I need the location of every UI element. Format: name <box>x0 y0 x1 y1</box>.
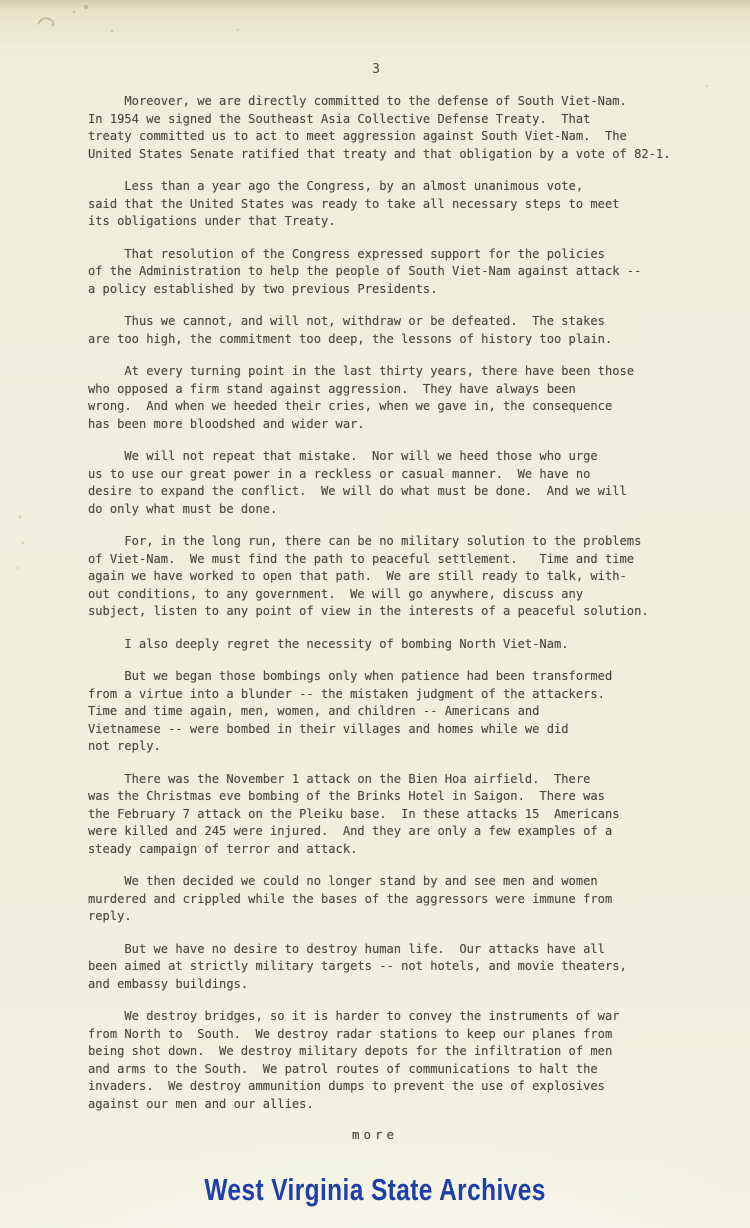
paragraph: Moreover, we are directly committed to t… <box>88 93 688 163</box>
text-line: subject, listen to any point of view in … <box>88 603 688 621</box>
text-line: At every turning point in the last thirt… <box>88 363 688 381</box>
text-line: Thus we cannot, and will not, withdraw o… <box>88 313 688 331</box>
text-line: We then decided we could no longer stand… <box>88 873 688 891</box>
text-line: treaty committed us to act to meet aggre… <box>88 128 688 146</box>
paragraph: For, in the long run, there can be no mi… <box>88 533 688 621</box>
paragraph: I also deeply regret the necessity of bo… <box>88 636 688 654</box>
text-line: But we have no desire to destroy human l… <box>88 941 688 959</box>
text-line: wrong. And when we heeded their cries, w… <box>88 398 688 416</box>
text-line: out conditions, to any government. We wi… <box>88 586 688 604</box>
text-line: and embassy buildings. <box>88 976 688 994</box>
text-line: For, in the long run, there can be no mi… <box>88 533 688 551</box>
text-line: from North to South. We destroy radar st… <box>88 1026 688 1044</box>
text-line: But we began those bombings only when pa… <box>88 668 688 686</box>
paragraph: That resolution of the Congress expresse… <box>88 246 688 299</box>
text-line: being shot down. We destroy military dep… <box>88 1043 688 1061</box>
text-line: do only what must be done. <box>88 501 688 519</box>
text-line: us to use our great power in a reckless … <box>88 466 688 484</box>
text-line: was the Christmas eve bombing of the Bri… <box>88 788 688 806</box>
paragraph: Less than a year ago the Congress, by an… <box>88 178 688 231</box>
text-line: the February 7 attack on the Pleiku base… <box>88 806 688 824</box>
text-line: Vietnamese -- were bombed in their villa… <box>88 721 688 739</box>
text-line: again we have worked to open that path. … <box>88 568 688 586</box>
text-line: not reply. <box>88 738 688 756</box>
text-line: There was the November 1 attack on the B… <box>88 771 688 789</box>
text-line: its obligations under that Treaty. <box>88 213 688 231</box>
page-number: 3 <box>3 62 750 77</box>
paragraph: There was the November 1 attack on the B… <box>88 771 688 859</box>
paragraph: But we have no desire to destroy human l… <box>88 941 688 994</box>
text-line: has been more bloodshed and wider war. <box>88 416 688 434</box>
text-line: of the Administration to help the people… <box>88 263 688 281</box>
text-line: against our men and our allies. <box>88 1096 688 1114</box>
archive-credit-text: West Virginia State Archives <box>204 1171 545 1209</box>
text-line: from a virtue into a blunder -- the mist… <box>88 686 688 704</box>
text-line: steady campaign of terror and attack. <box>88 841 688 859</box>
paragraph: We then decided we could no longer stand… <box>88 873 688 926</box>
text-line: been aimed at strictly military targets … <box>88 958 688 976</box>
text-line: In 1954 we signed the Southeast Asia Col… <box>88 111 688 129</box>
text-line: of Viet-Nam. We must find the path to pe… <box>88 551 688 569</box>
text-line: Time and time again, men, women, and chi… <box>88 703 688 721</box>
paragraph: At every turning point in the last thirt… <box>88 363 688 433</box>
continuation-marker: more <box>0 1127 750 1142</box>
text-line: reply. <box>88 908 688 926</box>
text-line: murdered and crippled while the bases of… <box>88 891 688 909</box>
text-line: Less than a year ago the Congress, by an… <box>88 178 688 196</box>
text-line: who opposed a firm stand against aggress… <box>88 381 688 399</box>
text-line: said that the United States was ready to… <box>88 196 688 214</box>
paragraph: But we began those bombings only when pa… <box>88 668 688 756</box>
document-body: Moreover, we are directly committed to t… <box>88 93 688 1128</box>
text-line: desire to expand the conflict. We will d… <box>88 483 688 501</box>
text-line: I also deeply regret the necessity of bo… <box>88 636 688 654</box>
text-line: That resolution of the Congress expresse… <box>88 246 688 264</box>
text-line: invaders. We destroy ammunition dumps to… <box>88 1078 688 1096</box>
archive-credit-banner: West Virginia State Archives <box>0 1171 750 1214</box>
text-line: We will not repeat that mistake. Nor wil… <box>88 448 688 466</box>
scanned-document-page: 3 Moreover, we are directly committed to… <box>0 0 750 1228</box>
text-line: Moreover, we are directly committed to t… <box>88 93 688 111</box>
paragraph: We destroy bridges, so it is harder to c… <box>88 1008 688 1113</box>
paragraph: Thus we cannot, and will not, withdraw o… <box>88 313 688 348</box>
text-line: a policy established by two previous Pre… <box>88 281 688 299</box>
paragraph: We will not repeat that mistake. Nor wil… <box>88 448 688 518</box>
text-line: were killed and 245 were injured. And th… <box>88 823 688 841</box>
text-line: are too high, the commitment too deep, t… <box>88 331 688 349</box>
text-line: and arms to the South. We patrol routes … <box>88 1061 688 1079</box>
text-line: We destroy bridges, so it is harder to c… <box>88 1008 688 1026</box>
text-line: United States Senate ratified that treat… <box>88 146 688 164</box>
